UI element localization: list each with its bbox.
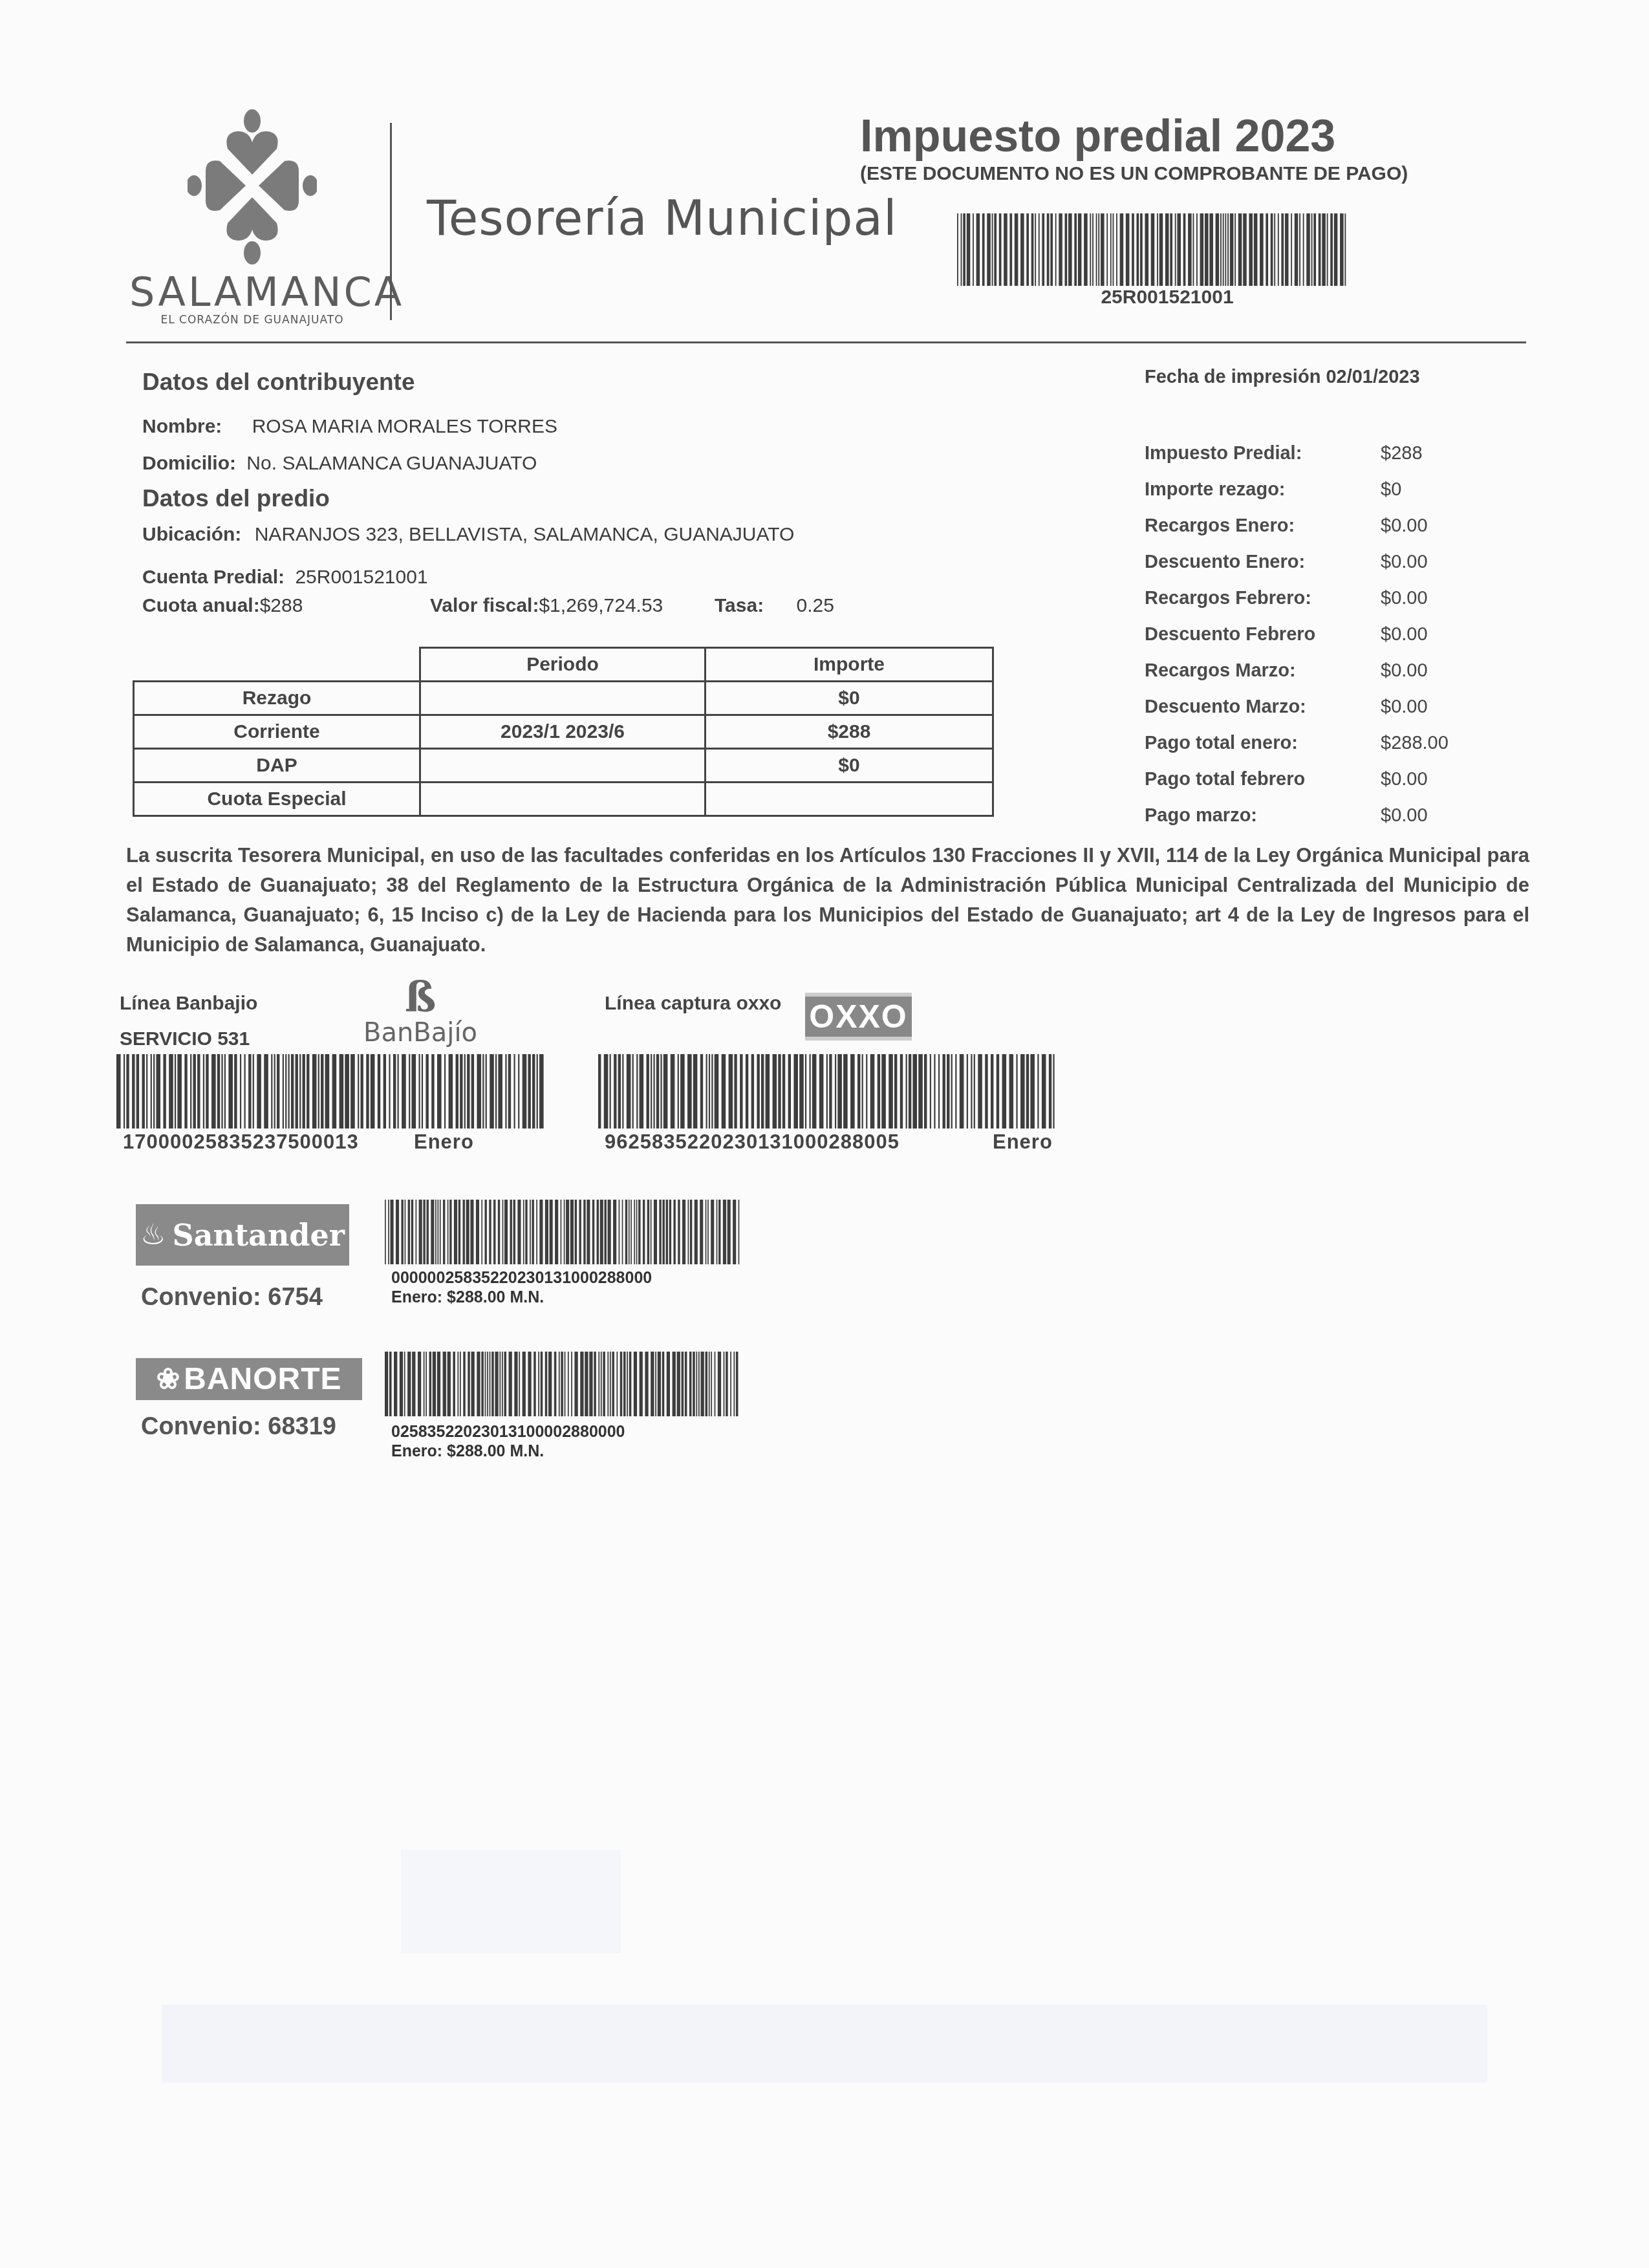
banbajio-logo-text: BanBajío [349,1018,491,1048]
oxxo-code: 9625835220230131000288005 [605,1130,900,1154]
summary-row: Pago total febrero$0.00 [1145,769,1449,805]
summary-label: Importe rezago: [1145,479,1381,515]
valor-fiscal-field: Valor fiscal:$1,269,724.53 [430,595,663,617]
row-periodo [420,783,706,816]
table-row: Corriente 2023/1 2023/6 $288 [134,715,993,749]
print-date: Fecha de impresión 02/01/2023 [1145,367,1420,388]
tasa-value: 0.25 [797,595,834,616]
banorte-logo-text: BANORTE [184,1361,341,1397]
summary-value: $0.00 [1381,515,1428,552]
logo-tagline: EL CORAZÓN DE GUANAJUATO [129,314,375,327]
summary-label: Descuento Marzo: [1145,697,1381,733]
contribuyente-heading: Datos del contribuyente [142,369,415,396]
page-subtitle: (ESTE DOCUMENTO NO ES UN COMPROBANTE DE … [860,163,1408,185]
santander-amount: Enero: $288.00 M.N. [391,1288,544,1307]
row-periodo: 2023/1 2023/6 [420,715,706,749]
summary-row: Recargos Marzo:$0.00 [1145,660,1449,697]
print-date-label: Fecha de impresión [1145,367,1320,387]
oxxo-barcode [598,1054,1057,1129]
summary-row: Pago marzo:$0.00 [1145,805,1449,841]
summary-label: Descuento Febrero [1145,624,1381,660]
salamanca-logo: SALAMANCA EL CORAZÓN DE GUANAJUATO [129,107,375,330]
banorte-logo: ❀ BANORTE [136,1358,362,1400]
row-periodo [420,749,706,783]
cuota-anual-label: Cuota anual: [142,595,260,616]
domicilio-value: No. SALAMANCA GUANAJUATO [246,453,537,474]
account-barcode-number: 25R001521001 [957,286,1377,308]
valor-fiscal-label: Valor fiscal: [430,595,539,616]
nombre-label: Nombre: [142,416,222,437]
cuenta-predial-field: Cuenta Predial: 25R001521001 [142,567,428,589]
domicilio-label: Domicilio: [142,453,236,474]
summary-value: $0.00 [1381,769,1428,805]
oxxo-logo: OXXO [805,993,912,1041]
summary-label: Recargos Marzo: [1145,660,1381,697]
banbajio-month: Enero [414,1130,474,1154]
nombre-value: ROSA MARIA MORALES TORRES [252,416,557,437]
table-header-row: Periodo Importe [134,648,993,682]
summary-row: Impuesto Predial:$288 [1145,443,1449,479]
ubicacion-field: Ubicación: NARANJOS 323, BELLAVISTA, SAL… [142,524,794,546]
page-title: Impuesto predial 2023 [860,110,1335,162]
summary-row: Recargos Enero:$0.00 [1145,515,1449,552]
summary-label: Pago total enero: [1145,733,1381,769]
table-header-importe: Importe [706,648,993,682]
bleed-through-mark [401,1850,621,1953]
summary-row: Descuento Marzo:$0.00 [1145,697,1449,733]
cuenta-predial-value: 25R001521001 [295,567,427,588]
santander-convenio: Convenio: 6754 [141,1284,323,1312]
cuota-anual-value: $288 [260,595,303,616]
summary-row: Importe rezago:$0 [1145,479,1449,515]
summary-label: Recargos Enero: [1145,515,1381,552]
banbajio-code: 17000025835237500013 [123,1130,359,1154]
summary-value: $0 [1381,479,1401,515]
row-concepto: Cuota Especial [134,783,420,816]
tasa-field: Tasa: 0.25 [715,595,834,617]
bleed-through-band [162,2005,1487,2082]
santander-flame-icon: ♨ [140,1218,166,1251]
santander-logo-text: Santander [172,1218,345,1253]
banbajio-label: Línea Banbajio [120,993,257,1015]
banorte-mark-icon: ❀ [156,1363,180,1396]
banbajio-b-icon: ß [349,977,491,1018]
row-importe: $288 [706,715,993,749]
account-barcode [957,213,1348,286]
oxxo-label: Línea captura oxxo [605,993,781,1015]
summary-value: $0.00 [1381,697,1428,733]
summary-value: $0.00 [1381,624,1428,660]
table-header-periodo: Periodo [420,648,706,682]
predio-heading: Datos del predio [142,485,330,512]
santander-logo: ♨ Santander [136,1204,349,1266]
ubicacion-value: NARANJOS 323, BELLAVISTA, SALAMANCA, GUA… [255,524,795,545]
summary-value: $288.00 [1381,733,1449,769]
santander-code: 00000025835220230131000288000 [391,1269,652,1288]
banorte-barcode [385,1352,740,1416]
summary-value: $288 [1381,443,1423,479]
summary-row: Descuento Febrero$0.00 [1145,624,1449,660]
department-name: Tesorería Municipal [427,191,898,246]
print-date-value: 02/01/2023 [1326,367,1419,387]
row-importe: $0 [706,749,993,783]
summary-label: Pago marzo: [1145,805,1381,841]
summary-value: $0.00 [1381,588,1428,624]
summary-label: Recargos Febrero: [1145,588,1381,624]
logo-name: SALAMANCA [129,268,375,316]
banbajio-servicio: SERVICIO 531 [120,1028,250,1050]
banorte-amount: Enero: $288.00 M.N. [391,1442,544,1461]
table-row: Cuota Especial [134,783,993,816]
summary-label: Descuento Enero: [1145,552,1381,588]
salamanca-emblem-icon [188,107,317,265]
valor-fiscal-value: $1,269,724.53 [539,595,663,616]
row-concepto: Corriente [134,715,420,749]
periods-table: Periodo Importe Rezago $0 Corriente 2023… [133,647,994,817]
table-row: DAP $0 [134,749,993,783]
header-rule [126,341,1526,343]
cuenta-predial-label: Cuenta Predial: [142,567,285,588]
banorte-convenio: Convenio: 68319 [141,1413,336,1441]
row-concepto: Rezago [134,682,420,715]
payment-summary: Impuesto Predial:$288Importe rezago:$0Re… [1145,443,1449,841]
domicilio-field: Domicilio: No. SALAMANCA GUANAJUATO [142,453,537,475]
nombre-field: Nombre: ROSA MARIA MORALES TORRES [142,416,557,438]
tasa-label: Tasa: [715,595,764,616]
summary-value: $0.00 [1381,805,1428,841]
banorte-code: 02583522023013100002880000 [391,1423,625,1442]
row-periodo [420,682,706,715]
table-header-blank [134,648,420,682]
row-importe [706,783,993,816]
row-concepto: DAP [134,749,420,783]
banbajio-logo: ß BanBajío [349,977,491,1048]
summary-row: Pago total enero:$288.00 [1145,733,1449,769]
summary-value: $0.00 [1381,660,1428,697]
table-row: Rezago $0 [134,682,993,715]
summary-value: $0.00 [1381,552,1428,588]
summary-label: Impuesto Predial: [1145,443,1381,479]
oxxo-month: Enero [993,1130,1053,1154]
banbajio-barcode [116,1054,546,1129]
legal-paragraph: La suscrita Tesorera Municipal, en uso d… [126,841,1529,960]
ubicacion-label: Ubicación: [142,524,241,545]
oxxo-logo-text: OXXO [809,998,907,1035]
summary-row: Descuento Enero:$0.00 [1145,552,1449,588]
summary-row: Recargos Febrero:$0.00 [1145,588,1449,624]
santander-barcode [385,1200,740,1264]
header-divider [390,123,392,320]
summary-label: Pago total febrero [1145,769,1381,805]
cuota-anual-field: Cuota anual:$288 [142,595,303,617]
row-importe: $0 [706,682,993,715]
